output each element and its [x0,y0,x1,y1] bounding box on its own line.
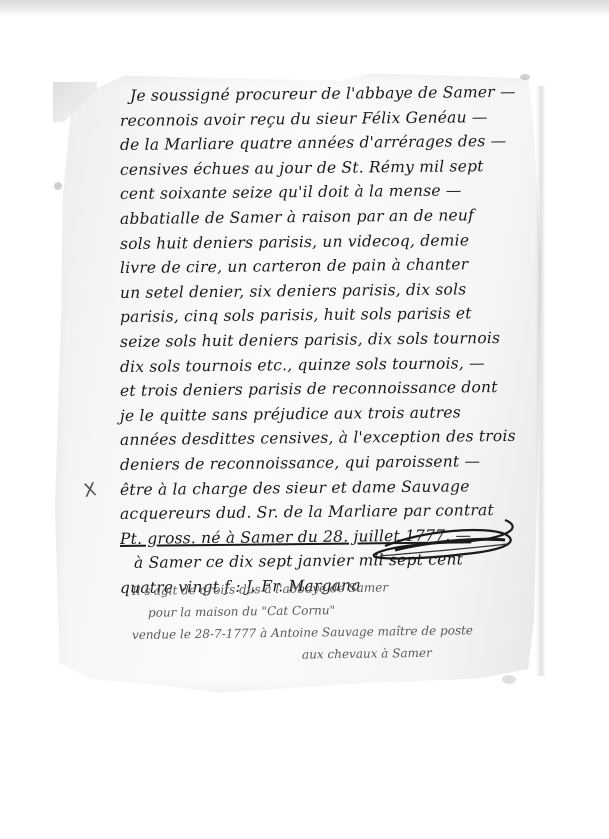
pencil-annotation: Il s'agit de droits dus à l'abbaye de Sa… [132,580,512,668]
scan-top-shadow [0,0,609,16]
manuscript-line: seize sols huit deniers parisis, dix sol… [120,325,550,354]
ink-stain [54,182,62,190]
paper-hole [502,675,516,684]
manuscript-line: deniers de reconnoissance, qui paroissen… [120,448,550,477]
signature-flourish-icon [355,510,520,562]
annotation-line: aux chevaux à Samer [132,641,512,668]
paper-folded-corner [53,82,97,122]
